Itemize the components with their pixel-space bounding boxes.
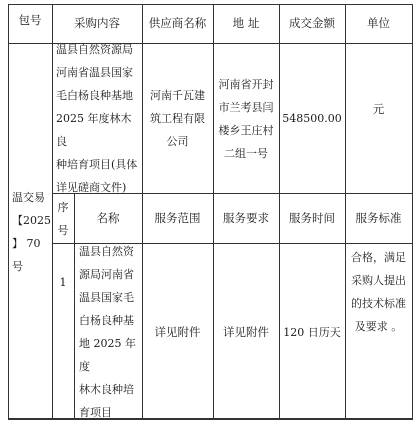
unit-value: 元 (345, 44, 412, 174)
sub-row-service-time: 120 日历天 (279, 244, 345, 420)
sub-row-service-scope: 详见附件 (142, 244, 213, 420)
header-supplier-name: 供应商名称 (142, 4, 213, 43)
subheader-name: 名称 (74, 194, 142, 243)
header-unit: 单位 (345, 4, 412, 43)
header-amount: 成交金额 (279, 4, 345, 43)
amount-value: 548500.00 (279, 44, 345, 193)
subheader-index: 序 号 (52, 194, 74, 243)
sub-row-index: 1 (52, 244, 74, 320)
border-right (412, 4, 413, 420)
address-value: 河南省开封 市兰考县闫 楼乡王庄村 二组一号 (213, 44, 279, 193)
sub-row-service-standard: 合格，满足 采购人提出 的技术标准 及要求 。 (345, 246, 412, 416)
header-address: 地 址 (213, 4, 279, 43)
subheader-service-time: 服务时间 (279, 194, 345, 243)
border-left (8, 4, 9, 420)
subheader-service-requirement: 服务要求 (213, 194, 279, 243)
package-no-value: 温交易 【2025 】 70 号 (12, 44, 52, 420)
subheader-service-scope: 服务范围 (142, 194, 213, 243)
subheader-service-standard: 服务标准 (345, 194, 412, 243)
sub-row-name: 温县自然资 源局河南省 温县国家毛 白杨良种基 地 2025 年度 林木良种培 … (79, 244, 142, 420)
sub-row-service-requirement: 详见附件 (213, 244, 279, 420)
supplier-name-value: 河南千瓦建 筑工程有限 公司 (142, 44, 213, 193)
header-package-no: 包号 (8, 4, 52, 36)
purchase-content-value: 温县自然资源局 河南省温县国家 毛白杨良种基地 2025 年度林木良 种培育项目… (56, 44, 142, 193)
